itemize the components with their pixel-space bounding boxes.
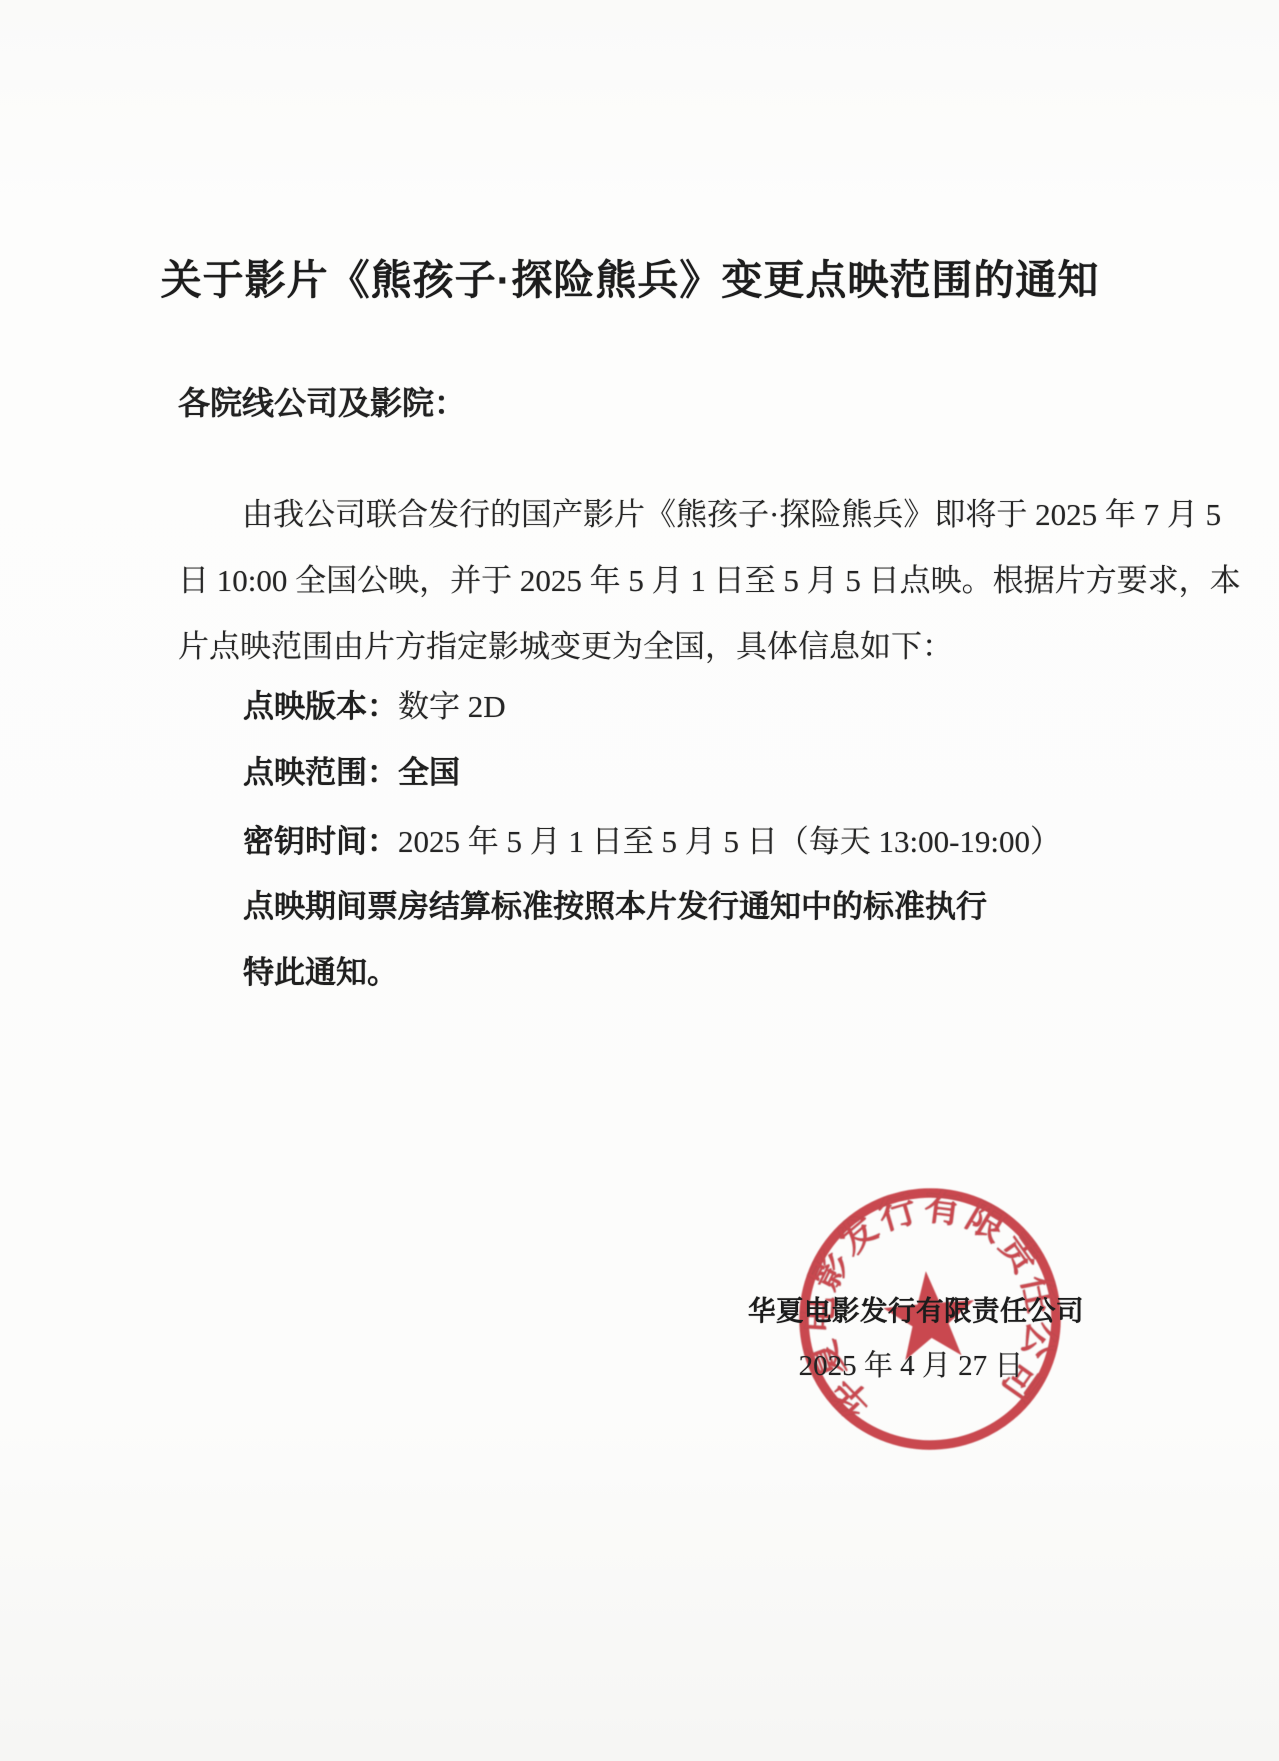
item-screening-scope: 点映范围：全国 — [243, 747, 460, 792]
item-key-time: 密钥时间：2025 年 5 月 1 日至 5 月 5 日（每天 13:00-19… — [243, 816, 1061, 861]
document-title: 关于影片《熊孩子·探险熊兵》变更点映范围的通知 — [0, 247, 1260, 306]
item-label: 点映版本： — [243, 689, 398, 724]
item-value: 数字 2D — [398, 689, 506, 724]
closing-text: 特此通知。 — [243, 955, 398, 990]
item-label: 点映期间票房结算标准按照本片发行通知中的标准执行 — [243, 889, 987, 924]
item-settlement-note: 点映期间票房结算标准按照本片发行通知中的标准执行 — [243, 881, 987, 926]
item-label: 点映范围： — [243, 755, 398, 790]
body-line: 片点映范围由片方指定影城变更为全国，具体信息如下： — [178, 614, 1113, 680]
item-value: 2025 年 5 月 1 日至 5 月 5 日（每天 13:00-19:00） — [398, 824, 1061, 859]
signature-block: 华夏电影发行有限责任公司 2025 年 4 月 27 日 — [748, 1288, 1074, 1384]
notice-document-page: 关于影片《熊孩子·探险熊兵》变更点映范围的通知 各院线公司及影院： 由我公司联合… — [0, 0, 1279, 1761]
body-paragraph: 由我公司联合发行的国产影片《熊孩子·探险熊兵》即将于 2025 年 7 月 5 … — [178, 482, 1113, 680]
salutation-line: 各院线公司及影院： — [178, 378, 466, 424]
item-label: 密钥时间： — [243, 824, 398, 859]
signature-date: 2025 年 4 月 27 日 — [748, 1343, 1074, 1384]
item-value: 全国 — [398, 755, 460, 790]
body-line: 日 10:00 全国公映，并于 2025 年 5 月 1 日至 5 月 5 日点… — [178, 548, 1113, 614]
item-screening-version: 点映版本：数字 2D — [243, 681, 506, 726]
closing-line: 特此通知。 — [243, 947, 398, 992]
signature-company: 华夏电影发行有限责任公司 — [748, 1288, 1074, 1328]
body-line: 由我公司联合发行的国产影片《熊孩子·探险熊兵》即将于 2025 年 7 月 5 — [178, 482, 1113, 548]
